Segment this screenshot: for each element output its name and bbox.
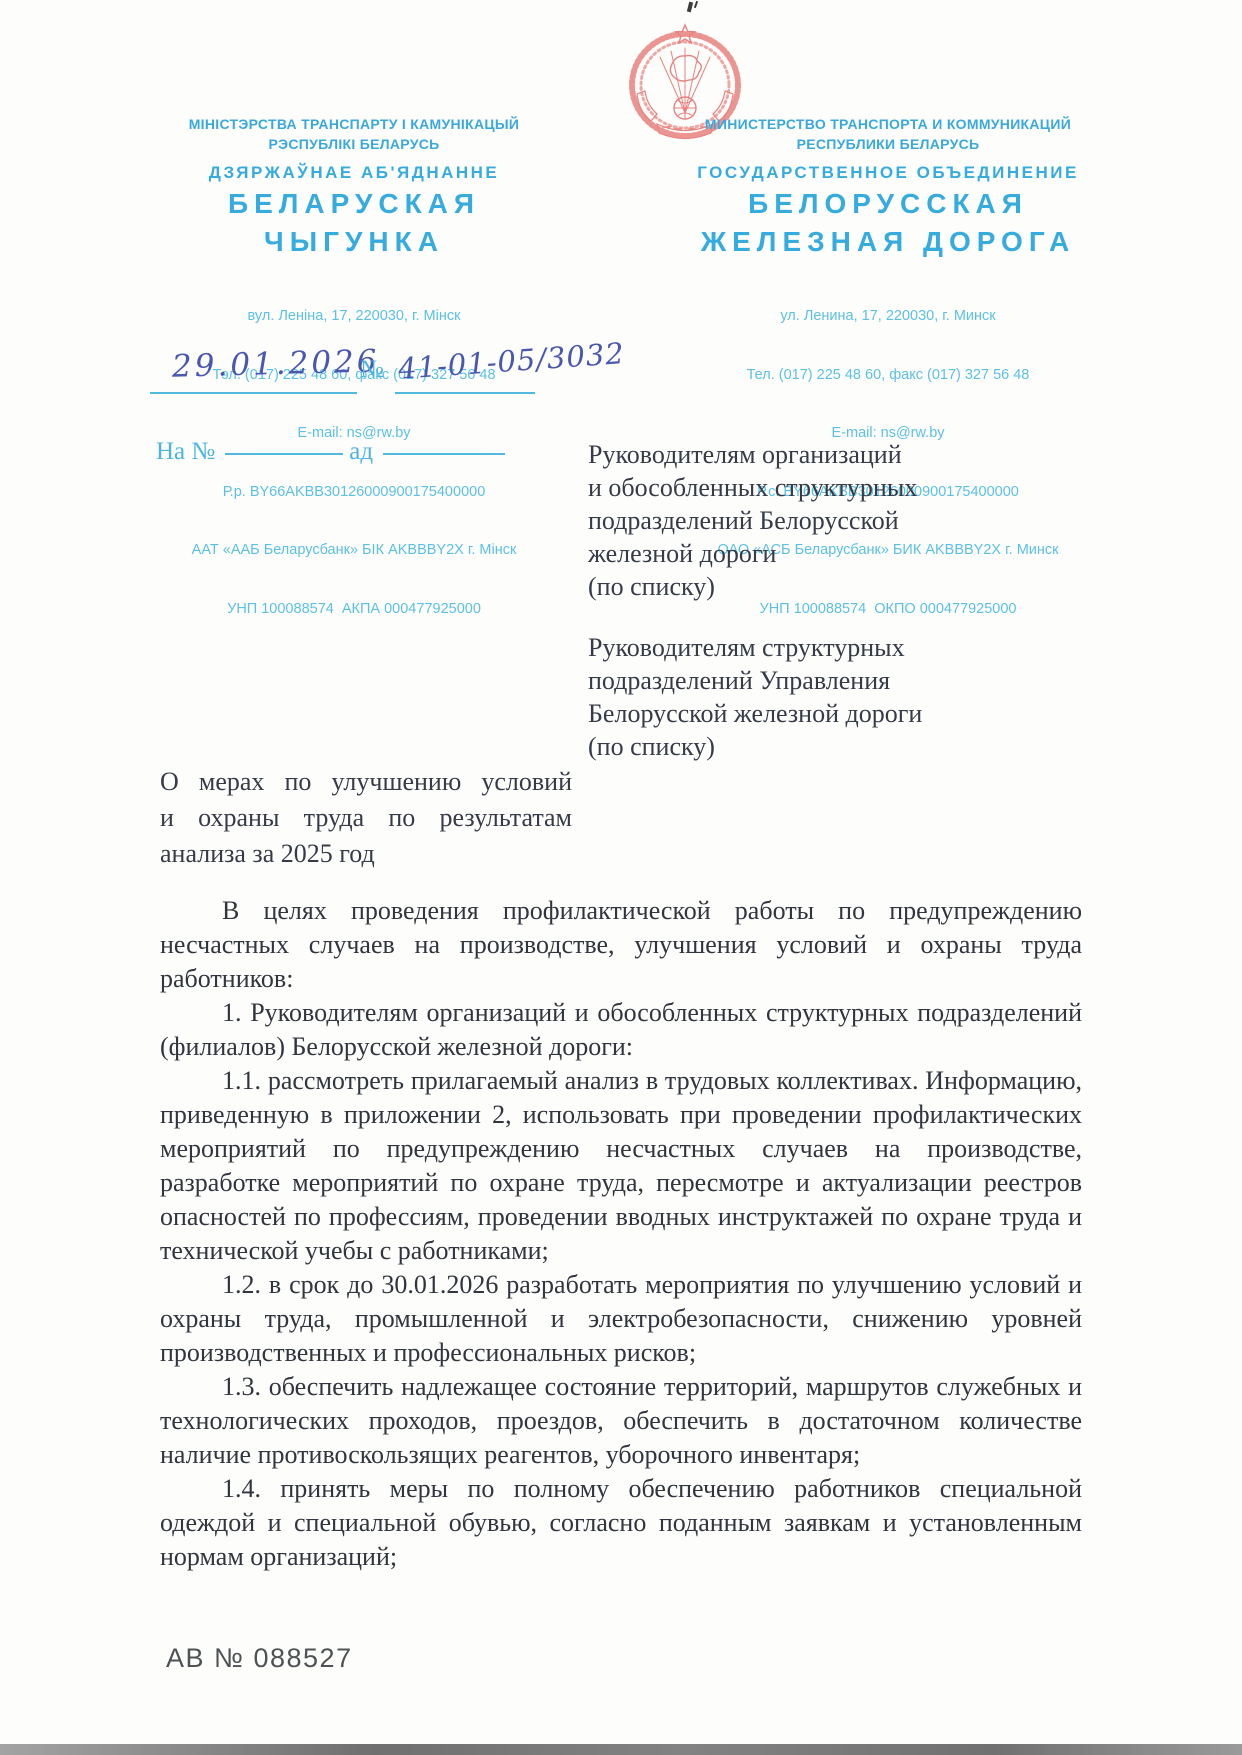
- codes-line: УНП 100088574 АКПА 000477925000: [148, 600, 560, 620]
- body-paragraph: 1.1. рассмотреть прилагаемый анализ в тр…: [160, 1064, 1082, 1268]
- number-underline: [395, 392, 535, 394]
- addressee-block: Руководителям организаций и обособленных…: [588, 438, 1028, 603]
- addressee-line: Руководителям структурных: [588, 631, 1028, 664]
- number-label: №: [360, 356, 384, 384]
- ministry-line: МИНИСТЕРСТВО ТРАНСПОРТА И КОММУНИКАЦИЙ: [682, 114, 1094, 134]
- body-paragraph: В целях проведения профилактической рабо…: [160, 894, 1082, 996]
- letter-body: В целях проведения профилактической рабо…: [160, 894, 1082, 1574]
- letterhead-left: МІНІСТЭРСТВА ТРАНСПАРТУ І КАМУНІКАЦЫЙ РЭ…: [148, 114, 560, 658]
- addressee-line: Белорусской железной дороги: [588, 697, 1028, 730]
- addressee-line: железной дороги: [588, 537, 1028, 570]
- org-name-line: БЕЛАРУСКАЯ: [148, 187, 560, 221]
- handwritten-date: 29.01.2026: [172, 343, 380, 384]
- org-name-line: БЕЛОРУССКАЯ: [682, 187, 1094, 221]
- addressee-line: Руководителям организаций: [588, 438, 1028, 471]
- body-paragraph: 1. Руководителям организаций и обособлен…: [160, 996, 1082, 1064]
- org-type-line: ДЗЯРЖАЎНАЕ АБ'ЯДНАННЕ: [148, 163, 560, 183]
- reply-reference-line: На №ад: [156, 438, 505, 466]
- addressee-block: Руководителям структурных подразделений …: [588, 631, 1028, 763]
- address-line: вул. Леніна, 17, 220030, г. Мінск: [148, 307, 560, 327]
- reply-underline: [383, 453, 505, 455]
- subject-line: О мерах по улучшению условий: [160, 764, 572, 800]
- addressee-line: подразделений Белорусской: [588, 504, 1028, 537]
- date-underline: [150, 392, 357, 394]
- address-line: ул. Ленина, 17, 220030, г. Минск: [682, 307, 1094, 327]
- scan-artifact-mark: [694, 1, 698, 8]
- bank-line: ААТ «ААБ Беларусбанк» БІК AKBBBY2X г. Мі…: [148, 541, 560, 561]
- org-type-line: ГОСУДАРСТВЕННОЕ ОБЪЕДИНЕНИЕ: [682, 163, 1094, 183]
- account-line: Р.р. BY66AKBB30126000900175400000: [148, 483, 560, 503]
- subject-line: и охраны труда по результатам: [160, 800, 572, 836]
- org-name-line: ЧЫГУНКА: [148, 225, 560, 259]
- ministry-line: МІНІСТЭРСТВА ТРАНСПАРТУ І КАМУНІКАЦЫЙ: [148, 114, 560, 134]
- reply-from-label: ад: [349, 438, 373, 466]
- body-paragraph: 1.4. принять меры по полному обеспечению…: [160, 1472, 1082, 1574]
- scan-artifact-mark: [687, 2, 693, 13]
- subject-line: анализа за 2025 год: [160, 836, 572, 872]
- addressee-line: (по списку): [588, 730, 1028, 763]
- body-paragraph: 1.3. обеспечить надлежащее состояние тер…: [160, 1370, 1082, 1472]
- phone-line: Тел. (017) 225 48 60, факс (017) 327 56 …: [682, 366, 1094, 386]
- ministry-line: РЕСПУБЛИКИ БЕЛАРУСЬ: [682, 134, 1094, 154]
- scanned-letter-page: МІНІСТЭРСТВА ТРАНСПАРТУ І КАМУНІКАЦЫЙ РЭ…: [0, 0, 1242, 1755]
- addressee-line: подразделений Управления: [588, 664, 1028, 697]
- addressee-section: Руководителям организаций и обособленных…: [588, 438, 1028, 763]
- body-paragraph: 1.2. в срок до 30.01.2026 разработать ме…: [160, 1268, 1082, 1370]
- reply-prefix-label: На №: [156, 438, 215, 466]
- addressee-line: и обособленных структурных: [588, 471, 1028, 504]
- ministry-line: РЭСПУБЛІКІ БЕЛАРУСЬ: [148, 134, 560, 154]
- reply-underline: [225, 453, 343, 455]
- subject-block: О мерах по улучшению условий и охраны тр…: [160, 764, 572, 872]
- form-serial-number: АВ № 088527: [166, 1643, 353, 1674]
- org-name-line: ЖЕЛЕЗНАЯ ДОРОГА: [682, 225, 1094, 259]
- scan-edge-artifact: [0, 1744, 1242, 1755]
- addressee-line: (по списку): [588, 570, 1028, 603]
